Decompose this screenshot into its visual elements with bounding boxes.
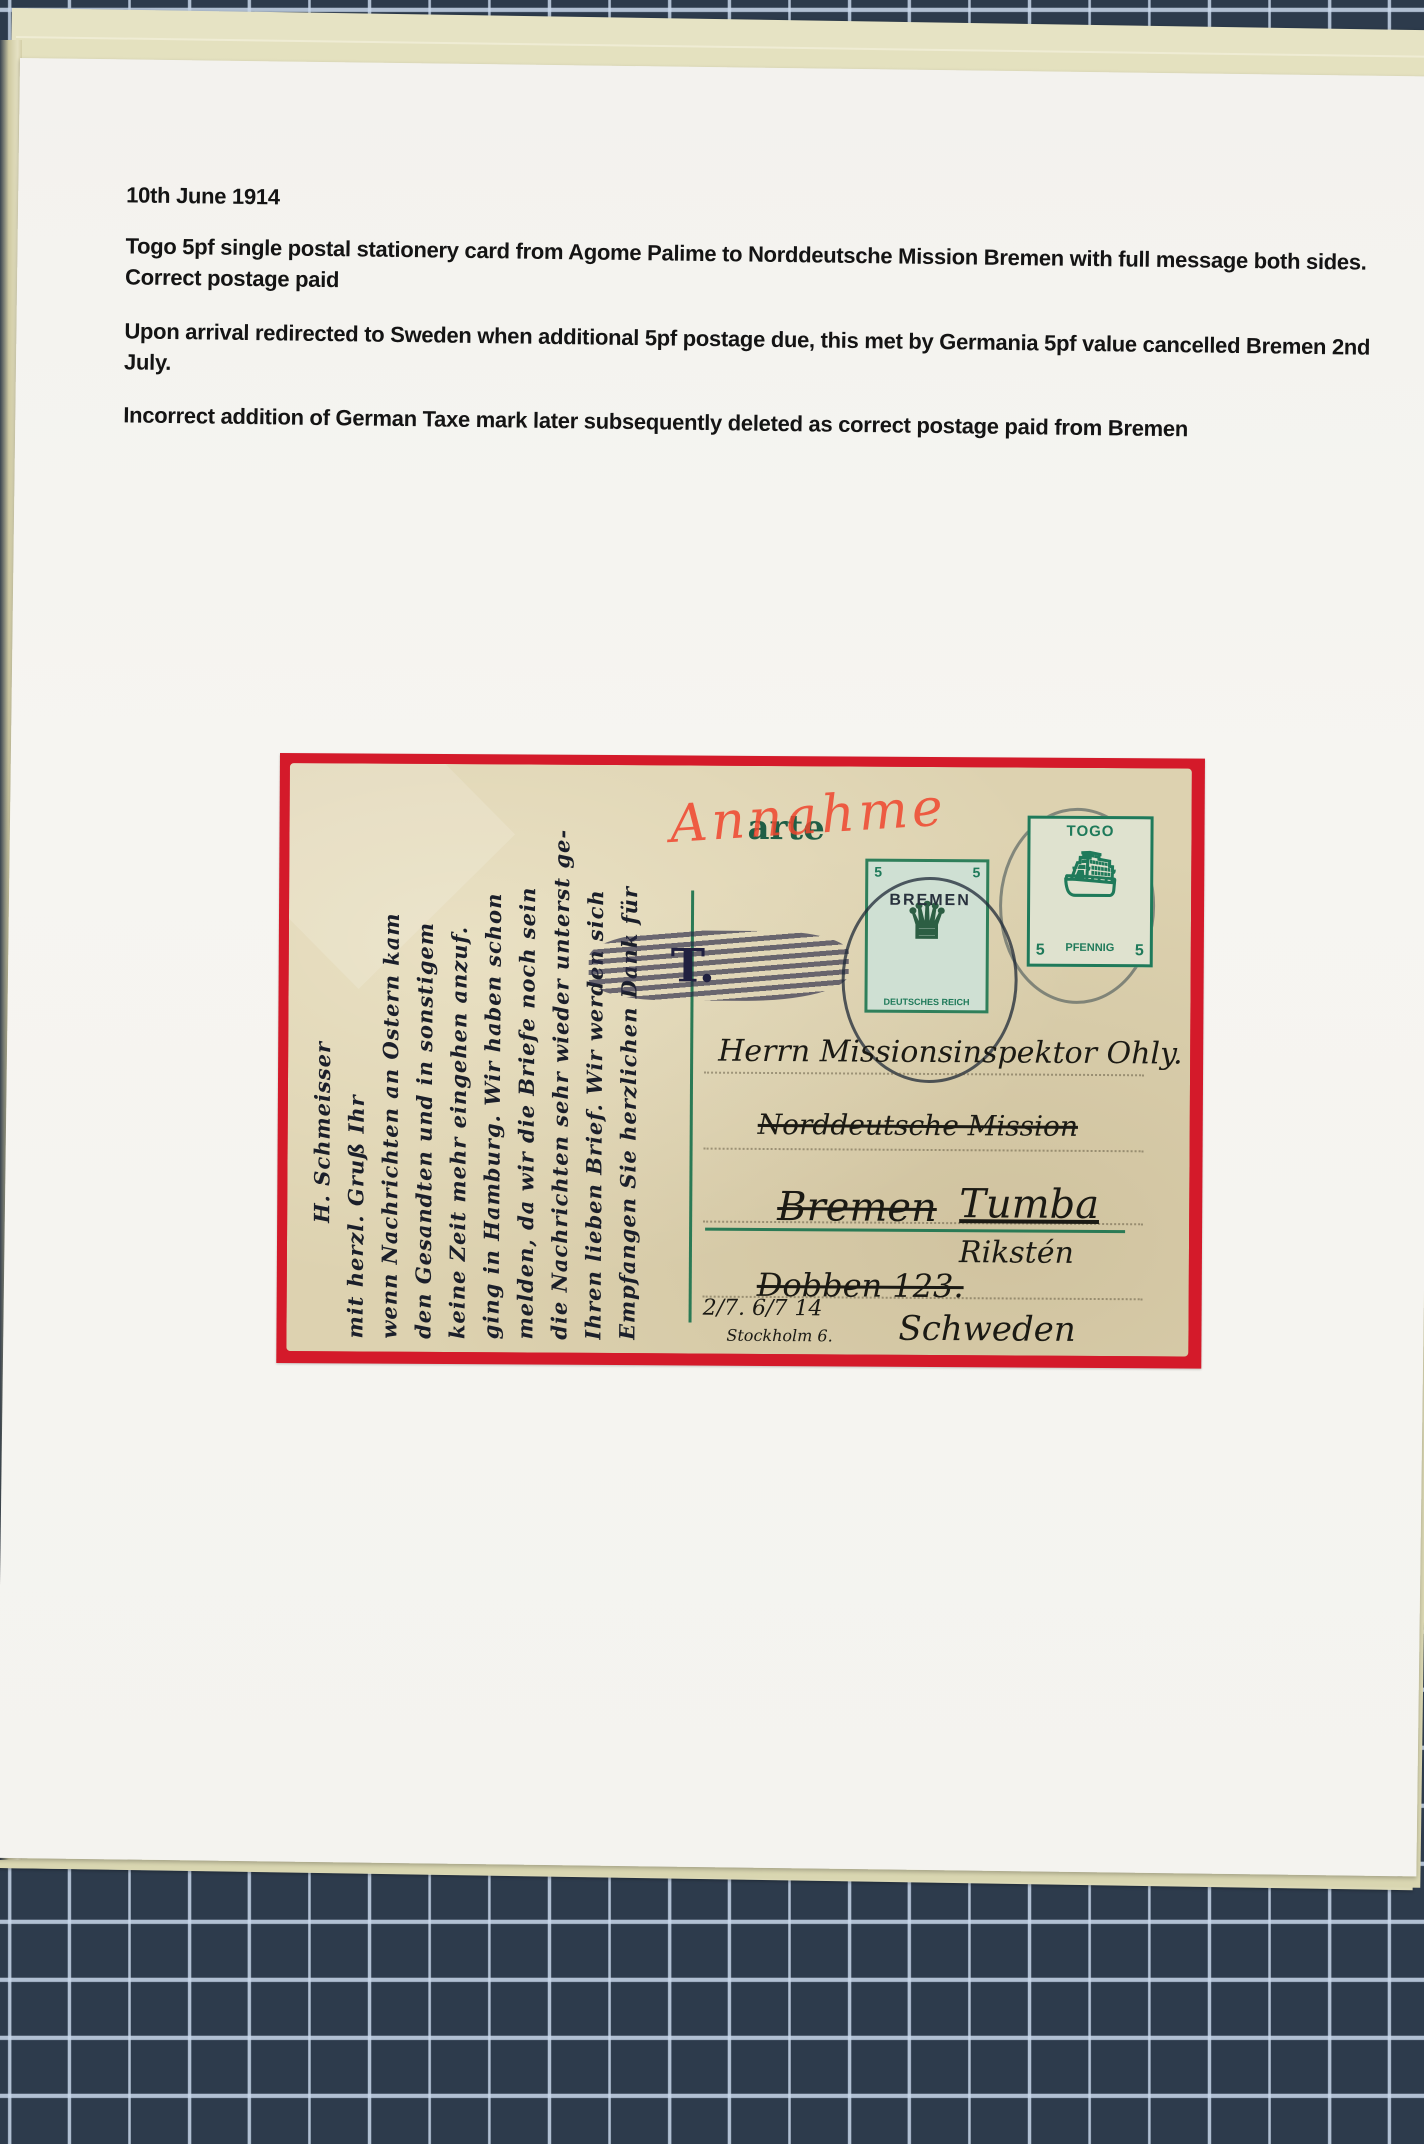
message-line: mit herzl. Gruß Ihr — [342, 773, 379, 1338]
message-line: den Gesandten und in sonstigem — [410, 774, 447, 1339]
postcard: Empfangen Sie herzlichen Dank für Ihren … — [286, 763, 1192, 1356]
address-dotted-line — [704, 1148, 1144, 1153]
address-recipient: Herrn Missionsinspektor Ohly. — [718, 1034, 1183, 1072]
forwarding-note-2: Stockholm 6. — [726, 1326, 832, 1346]
message-line: Ihren lieben Brief. Wir werden sich — [580, 775, 617, 1340]
message-line: melden, da wir die Briefe noch sein — [512, 774, 549, 1339]
stamp-value-right: 5 — [1135, 942, 1144, 960]
description-text: 10th June 1914 Togo 5pf single postal st… — [123, 179, 1416, 469]
address-country: Schweden — [898, 1309, 1075, 1350]
message-line: wenn Nachrichten an Ostern kam — [376, 774, 413, 1339]
address-new-locality: Rikstén — [959, 1235, 1074, 1271]
taxe-mark-label: T. — [671, 938, 716, 992]
message-signature: H. Schmeisser — [309, 923, 345, 1223]
message-line: keine Zeit mehr eingehen anzuf. — [444, 774, 481, 1339]
forwarding-note: 2/7. 6/7 14 — [703, 1296, 823, 1322]
germania-value-left: 5 — [874, 864, 882, 880]
address-original-city: Bremen — [777, 1184, 937, 1231]
description-paragraph-1: Togo 5pf single postal stationery card f… — [125, 231, 1416, 310]
address-new-city: Tumba — [959, 1181, 1099, 1228]
message-line: ging in Hamburg. Wir haben schon — [478, 774, 515, 1339]
postmark-town: BREMEN — [845, 891, 1015, 910]
message-line: Empfangen Sie herzlichen Dank für — [614, 775, 651, 1340]
ship-icon: ⛴ — [1030, 848, 1150, 901]
stamp-country: TOGO — [1030, 823, 1150, 841]
message-line: die Nachrichten sehr wieder unterst ge- — [546, 775, 583, 1340]
page-date: 10th June 1914 — [126, 179, 1416, 227]
stamp-value-left: 5 — [1036, 942, 1045, 960]
taxe-mark: T. — [588, 930, 848, 1002]
handwritten-message: Empfangen Sie herzlichen Dank für Ihren … — [304, 773, 687, 1340]
address-original-org: Norddeutsche Mission — [758, 1108, 1078, 1143]
germania-value-right: 5 — [972, 864, 980, 880]
red-crayon-mark: Annahme — [668, 777, 948, 855]
description-paragraph-2: Upon arrival redirected to Sweden when a… — [124, 315, 1415, 394]
description-paragraph-3: Incorrect addition of German Taxe mark l… — [123, 400, 1413, 448]
stamp-denomination: PFENNIG — [1065, 942, 1114, 960]
togo-imprinted-stamp: TOGO ⛴ 5 PFENNIG 5 — [1027, 816, 1154, 968]
postcard-mount: Empfangen Sie herzlichen Dank für Ihren … — [276, 753, 1205, 1369]
